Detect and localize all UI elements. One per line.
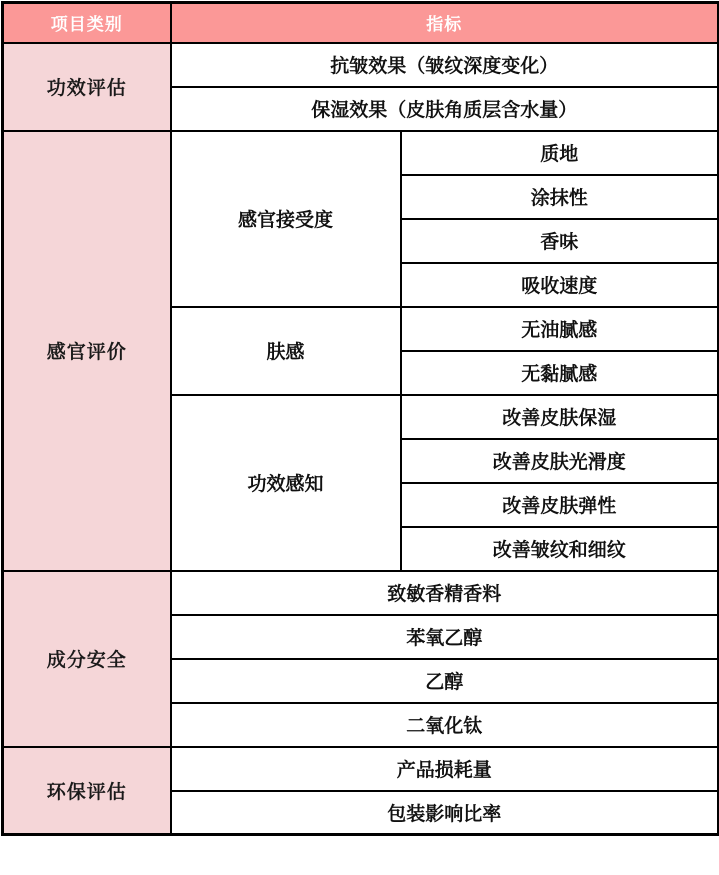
indicator-cell: 改善皮肤光滑度 (401, 439, 719, 483)
indicator-cell: 无黏腻感 (401, 351, 719, 395)
indicator-cell: 乙醇 (171, 659, 719, 703)
table-row: 功效评估 抗皱效果（皱纹深度变化） (3, 43, 719, 87)
indicator-cell: 无油腻感 (401, 307, 719, 351)
indicator-cell: 质地 (401, 131, 719, 175)
indicator-cell: 保湿效果（皮肤角质层含水量） (171, 87, 719, 131)
category-cell-sensory: 感官评价 (3, 131, 171, 571)
table-row: 环保评估 产品损耗量 (3, 747, 719, 791)
header-cell-indicator: 指标 (171, 3, 719, 43)
table-row: 感官评价 感官接受度 质地 (3, 131, 719, 175)
indicator-cell: 改善皱纹和细纹 (401, 527, 719, 571)
indicator-cell: 苯氧乙醇 (171, 615, 719, 659)
evaluation-criteria-table: 项目类别 指标 功效评估 抗皱效果（皱纹深度变化） 保湿效果（皮肤角质层含水量）… (1, 1, 719, 836)
indicator-cell: 涂抹性 (401, 175, 719, 219)
table-row: 成分安全 致敏香精香料 (3, 571, 719, 615)
category-cell-eco: 环保评估 (3, 747, 171, 835)
subgroup-cell-perceived-efficacy: 功效感知 (171, 395, 401, 571)
indicator-cell: 吸收速度 (401, 263, 719, 307)
header-cell-category: 项目类别 (3, 3, 171, 43)
indicator-cell: 产品损耗量 (171, 747, 719, 791)
category-cell-ingredient-safety: 成分安全 (3, 571, 171, 747)
indicator-cell: 抗皱效果（皱纹深度变化） (171, 43, 719, 87)
indicator-cell: 致敏香精香料 (171, 571, 719, 615)
indicator-cell: 改善皮肤保湿 (401, 395, 719, 439)
subgroup-cell-skinfeel: 肤感 (171, 307, 401, 395)
subgroup-cell-acceptance: 感官接受度 (171, 131, 401, 307)
table-header-row: 项目类别 指标 (3, 3, 719, 43)
indicator-cell: 香味 (401, 219, 719, 263)
indicator-cell: 改善皮肤弹性 (401, 483, 719, 527)
indicator-cell: 包装影响比率 (171, 791, 719, 835)
page: 项目类别 指标 功效评估 抗皱效果（皱纹深度变化） 保湿效果（皮肤角质层含水量）… (0, 0, 719, 875)
indicator-cell: 二氧化钛 (171, 703, 719, 747)
category-cell-efficacy: 功效评估 (3, 43, 171, 131)
